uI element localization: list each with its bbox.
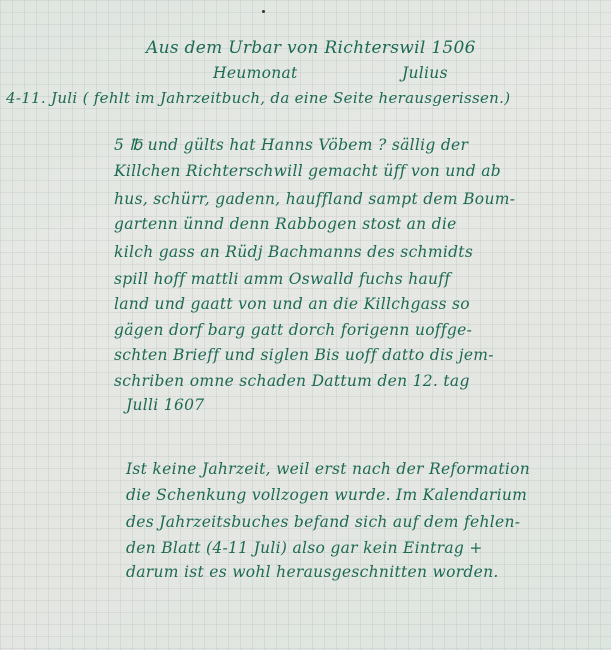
transcription-line: Killchen Richterschwill gemacht üff von … <box>114 162 501 180</box>
transcription-line: schten Brieff und siglen Bis uoff datto … <box>114 346 494 364</box>
transcription-line: schriben omne schaden Dattum den 12. tag <box>114 372 470 390</box>
transcription-line: hus, schürr, gadenn, hauffland sampt dem… <box>114 190 515 208</box>
note-line: den Blatt (4-11 Juli) also gar kein Eint… <box>126 539 483 557</box>
month-german: Heumonat <box>213 64 298 82</box>
transcription-line: land und gaatt von und an die Killchgass… <box>114 295 470 313</box>
transcription-line: spill hoff mattli amm Oswalld fuchs hauf… <box>114 270 450 288</box>
transcription-line: kilch gass an Rüdj Bachmanns des schmidt… <box>114 243 473 261</box>
document-title: Aus dem Urbar von Richterswil 1506 <box>146 38 476 58</box>
note-line: Ist keine Jahrzeit, weil erst nach der R… <box>126 460 530 478</box>
transcription-line: 5 ℔ und gülts hat Hanns Vöbem ? sällig d… <box>114 136 468 154</box>
note-line: darum ist es wohl herausgeschnitten word… <box>126 563 499 581</box>
month-latin: Julius <box>402 64 448 82</box>
ink-dot <box>262 10 265 13</box>
transcription-line: gägen dorf barg gatt dorch forigenn uoff… <box>114 321 472 339</box>
transcription-line: Julli 1607 <box>126 396 204 414</box>
handwritten-page: Aus dem Urbar von Richterswil 1506 Heumo… <box>0 0 611 650</box>
date-note: 4-11. Juli ( fehlt im Jahrzeitbuch, da e… <box>6 89 510 107</box>
note-line: des Jahrzeitsbuches befand sich auf dem … <box>126 513 520 531</box>
note-line: die Schenkung vollzogen wurde. Im Kalend… <box>126 486 527 504</box>
transcription-line: gartenn ünnd denn Rabbogen stost an die <box>114 215 457 233</box>
